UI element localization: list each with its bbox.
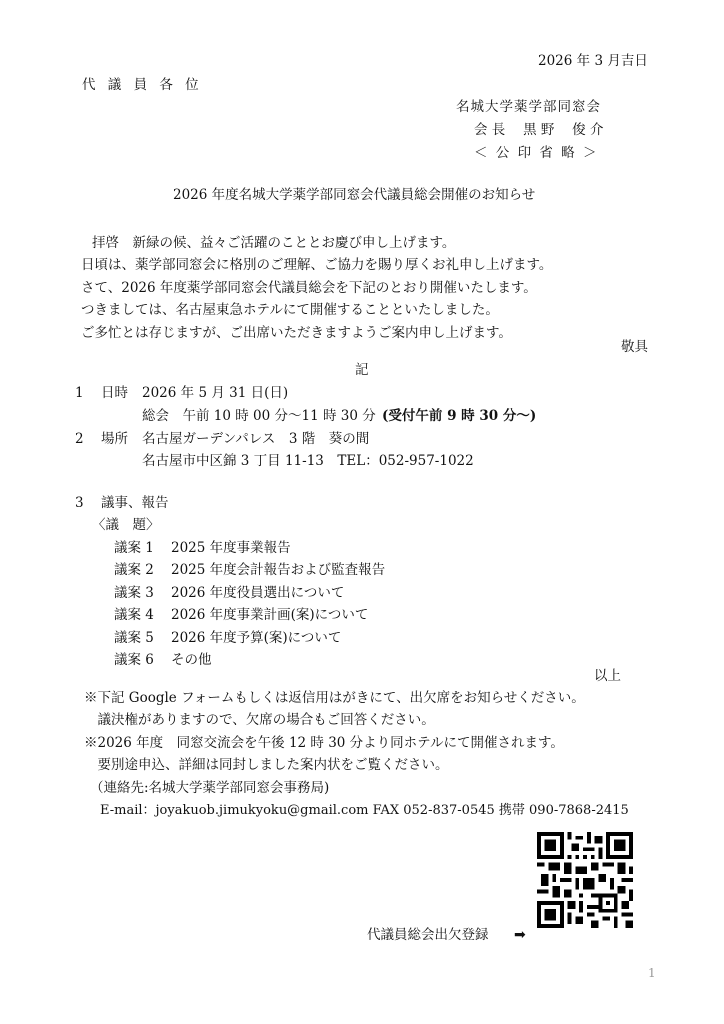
document-title: 2026 年度名城大学薬学部同窓会代議員総会開催のお知らせ (173, 189, 535, 203)
body-line-5: ご多忙とは存じますが、ご出席いただきますようご案内申し上げます。 (81, 327, 512, 341)
agenda-item-text: その他 (171, 654, 212, 668)
addressee: 代 議 員 各 位 (82, 79, 203, 93)
contact-heading: （連絡先:名城大学薬学部同窓会事務局) (90, 782, 329, 796)
note-line-3: ※2026 年度 同窓交流会を午後 12 時 30 分より同ホテルにて開催されま… (84, 737, 564, 751)
note-line-2: 議決権がありますので、欠席の場合もご回答ください。 (84, 714, 435, 728)
item-2-number: 2 (75, 433, 84, 447)
agenda-item-text: 2025 年度会計報告および監査報告 (171, 564, 385, 578)
reception-time: (受付午前 9 時 30 分～) (382, 410, 536, 424)
agenda-item-text: 2026 年度役員選出について (171, 587, 344, 601)
item-3-number: 3 (75, 497, 84, 511)
item-2-label: 場所 (101, 433, 128, 447)
agenda-item-no: 議案 5 (114, 632, 154, 646)
qr-code[interactable] (537, 832, 633, 928)
agenda-item-no: 議案 1 (114, 542, 154, 556)
agenda-item-no: 議案 4 (114, 609, 154, 623)
session-time: 総会 午前 10 時 00 分～11 時 30 分 (142, 410, 376, 424)
agenda-subheading: 〈議 題〉 (92, 519, 160, 533)
ki-heading: 記 (355, 364, 369, 378)
sender-name: 会 長 黒 野 俊 介 (474, 124, 603, 138)
item-1-label: 日時 (101, 387, 128, 401)
closing-keigu: 敬具 (621, 341, 648, 355)
agenda-item-text: 2026 年度予算(案)について (171, 632, 341, 646)
seal-omitted-note: ＜ 公 印 省 略 ＞ (474, 147, 598, 161)
note-line-1: ※下記 Google フォームもしくは返信用はがきにて、出欠席をお知らせください… (84, 692, 585, 706)
issue-date: 2026 年 3 月吉日 (538, 55, 648, 69)
item-3-label: 議事、報告 (101, 497, 169, 511)
agenda-item-text: 2026 年度事業計画(案)について (171, 609, 368, 623)
agenda-item-text: 2025 年度事業報告 (171, 542, 291, 556)
event-date: 2026 年 5 月 31 日(日) (142, 387, 288, 401)
agenda-item-no: 議案 6 (114, 654, 154, 668)
sender-organization: 名城大学薬学部同窓会 (456, 101, 601, 115)
venue-address: 名古屋市中区錦 3 丁目 11-13 TEL：052-957-1022 (142, 455, 474, 469)
body-line-4: つきましては、名古屋東急ホテルにて開催することといたしました。 (81, 304, 499, 318)
agenda-item-no: 議案 3 (114, 587, 154, 601)
body-line-3: さて、2026 年度薬学部同窓会代議員総会を下記のとおり開催いたします。 (81, 282, 537, 296)
body-line-2: 日頃は、薬学部同窓会に格別のご理解、ご協力を賜り厚くお礼申し上げます。 (81, 259, 552, 273)
arrow-right-icon: ➡ (514, 928, 526, 942)
venue: 名古屋ガーデンパレス 3 階 葵の間 (142, 433, 369, 447)
page-number: 1 (648, 967, 656, 979)
note-line-4: 要別途申込、詳細は同封しました案内状をご覧ください。 (84, 759, 449, 773)
agenda-item-no: 議案 2 (114, 564, 154, 578)
qr-label: 代議員総会出欠登録 (367, 929, 489, 943)
item-1-number: 1 (75, 387, 84, 401)
contact-details[interactable]: E-mail：joyakuob.jimukyoku@gmail.com FAX … (100, 804, 629, 817)
ijou-closing: 以上 (594, 670, 621, 684)
body-line-1: 拝啓 新緑の候、益々ご活躍のこととお慶び申し上げます。 (92, 237, 455, 251)
